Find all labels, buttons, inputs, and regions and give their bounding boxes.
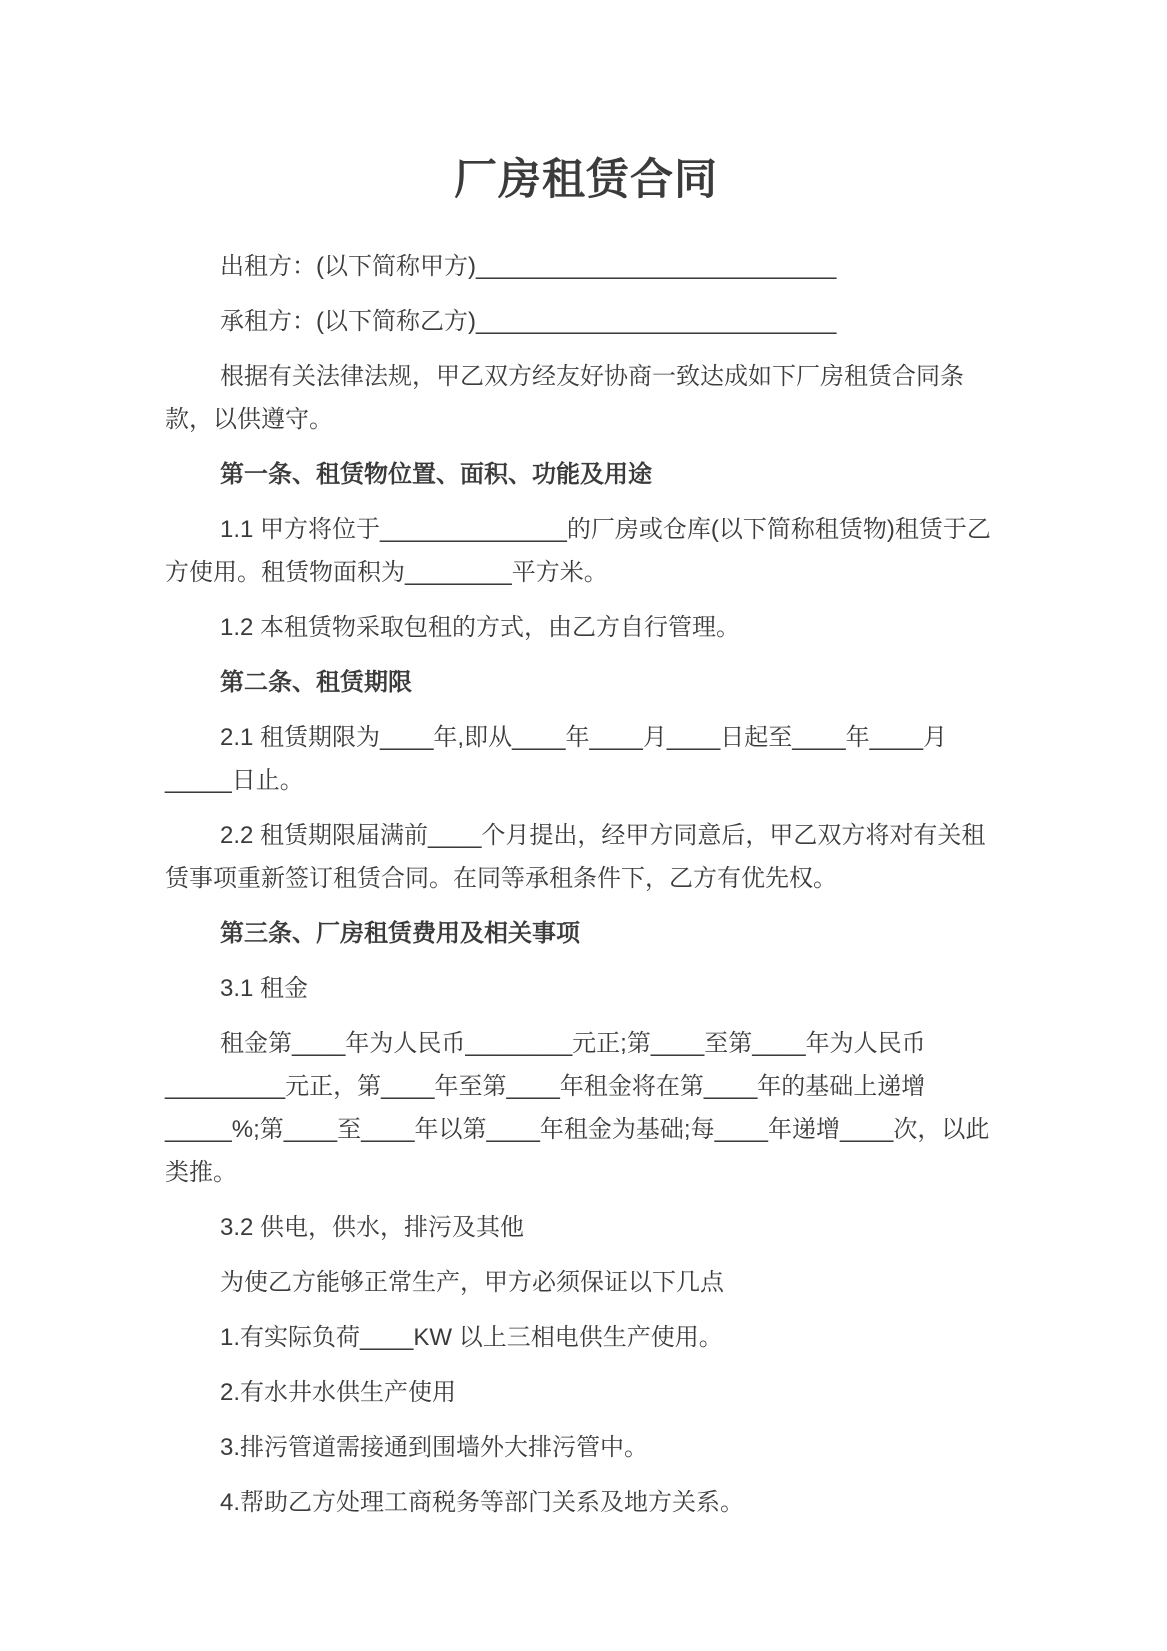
contract-page: 厂房租赁合同 出租方：(以下简称甲方)_____________________…	[0, 0, 1167, 1651]
section-heading: 第一条、租赁物位置、面积、功能及用途	[165, 453, 1007, 496]
contract-paragraph: 出租方：(以下简称甲方)___________________________	[165, 245, 1007, 288]
contract-document: 厂房租赁合同 出租方：(以下简称甲方)_____________________…	[0, 0, 1167, 1524]
contract-paragraph: 承租方：(以下简称乙方)___________________________	[165, 300, 1007, 343]
contract-paragraph: 3.1 租金	[165, 967, 1007, 1010]
contract-paragraph: 3.排污管道需接通到围墙外大排污管中。	[165, 1426, 1007, 1469]
document-title: 厂房租赁合同	[165, 152, 1007, 208]
contract-paragraph: 1.1 甲方将位于______________的厂房或仓库(以下简称租赁物)租赁…	[165, 508, 1007, 594]
section-heading: 第二条、租赁期限	[165, 661, 1007, 704]
document-body: 出租方：(以下简称甲方)___________________________承…	[165, 245, 1007, 1524]
contract-paragraph: 2.2 租赁期限届满前____个月提出，经甲方同意后，甲乙双方将对有关租赁事项重…	[165, 814, 1007, 900]
section-heading: 第三条、厂房租赁费用及相关事项	[165, 912, 1007, 955]
contract-paragraph: 3.2 供电，供水，排污及其他	[165, 1206, 1007, 1249]
contract-paragraph: 为使乙方能够正常生产，甲方必须保证以下几点	[165, 1261, 1007, 1304]
contract-paragraph: 2.有水井水供生产使用	[165, 1371, 1007, 1414]
contract-paragraph: 根据有关法律法规，甲乙双方经友好协商一致达成如下厂房租赁合同条款，以供遵守。	[165, 355, 1007, 441]
contract-paragraph: 1.2 本租赁物采取包租的方式，由乙方自行管理。	[165, 606, 1007, 649]
contract-paragraph: 租金第____年为人民币________元正;第____至第____年为人民币_…	[165, 1022, 1007, 1194]
contract-paragraph: 1.有实际负荷____KW 以上三相电供生产使用。	[165, 1316, 1007, 1359]
contract-paragraph: 4.帮助乙方处理工商税务等部门关系及地方关系。	[165, 1481, 1007, 1524]
contract-paragraph: 2.1 租赁期限为____年,即从____年____月____日起至____年_…	[165, 716, 1007, 802]
